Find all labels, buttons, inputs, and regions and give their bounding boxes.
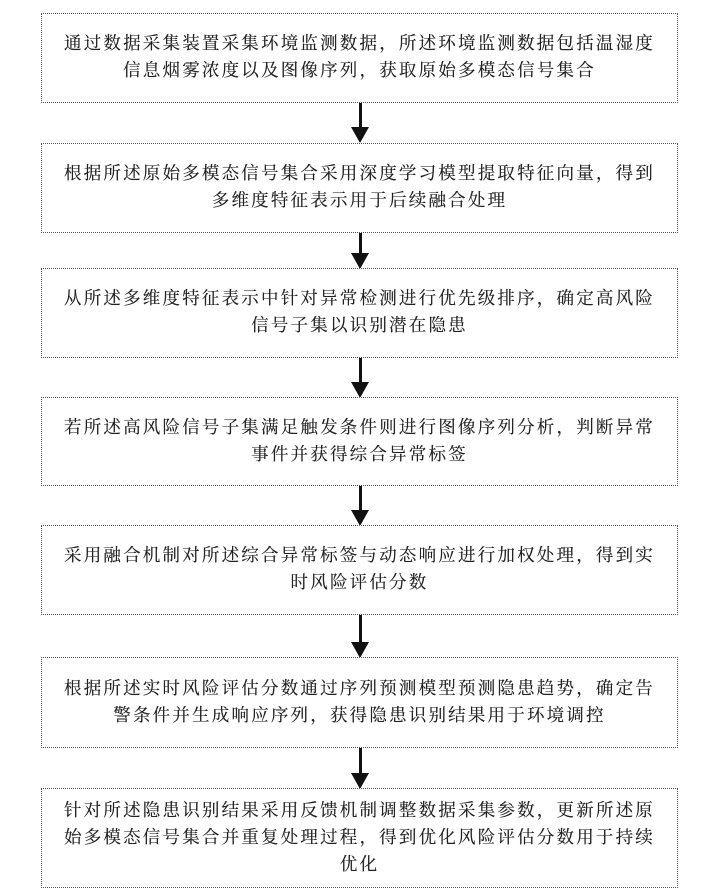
flow-step-3: 从所述多维度特征表示中针对异常检测进行优先级排序，确定高风险信号子集以识别潜在隐… [41, 268, 678, 358]
flow-step-3-text: 从所述多维度特征表示中针对异常检测进行优先级排序，确定高风险信号子集以识别潜在隐… [56, 286, 663, 340]
flow-step-2-text: 根据所述原始多模态信号集合采用深度学习模型提取特征向量，得到多维度特征表示用于后… [56, 161, 663, 215]
arrow-down-icon [351, 748, 369, 789]
flow-step-1: 通过数据采集装置采集环境监测数据，所述环境监测数据包括温湿度信息烟雾浓度以及图像… [41, 13, 678, 103]
flow-step-2: 根据所述原始多模态信号集合采用深度学习模型提取特征向量，得到多维度特征表示用于后… [41, 143, 678, 233]
flow-step-5: 采用融合机制对所述综合异常标签与动态响应进行加权处理，得到实时风险评估分数 [41, 525, 678, 615]
flow-step-6: 根据所述实时风险评估分数通过序列预测模型预测隐患趋势，确定告警条件并生成响应序列… [41, 657, 678, 748]
flow-step-4-text: 若所述高风险信号子集满足触发条件则进行图像序列分析，判断异常事件并获得综合异常标… [56, 415, 663, 469]
arrow-down-icon [351, 358, 369, 398]
flow-step-7-text: 针对所述隐患识别结果采用反馈机制调整数据采集参数，更新所述原始多模态信号集合并重… [56, 798, 663, 879]
flow-step-5-text: 采用融合机制对所述综合异常标签与动态响应进行加权处理，得到实时风险评估分数 [56, 543, 663, 597]
arrow-down-icon [351, 486, 369, 526]
arrow-down-icon [351, 615, 369, 658]
arrow-down-icon [351, 103, 369, 143]
flow-step-7: 针对所述隐患识别结果采用反馈机制调整数据采集参数，更新所述原始多模态信号集合并重… [41, 788, 678, 888]
flow-step-4: 若所述高风险信号子集满足触发条件则进行图像序列分析，判断异常事件并获得综合异常标… [41, 397, 678, 486]
flow-step-6-text: 根据所述实时风险评估分数通过序列预测模型预测隐患趋势，确定告警条件并生成响应序列… [56, 676, 663, 730]
arrow-down-icon [351, 233, 369, 269]
flow-step-1-text: 通过数据采集装置采集环境监测数据，所述环境监测数据包括温湿度信息烟雾浓度以及图像… [56, 31, 663, 85]
flowchart: 通过数据采集装置采集环境监测数据，所述环境监测数据包括温湿度信息烟雾浓度以及图像… [0, 0, 701, 893]
